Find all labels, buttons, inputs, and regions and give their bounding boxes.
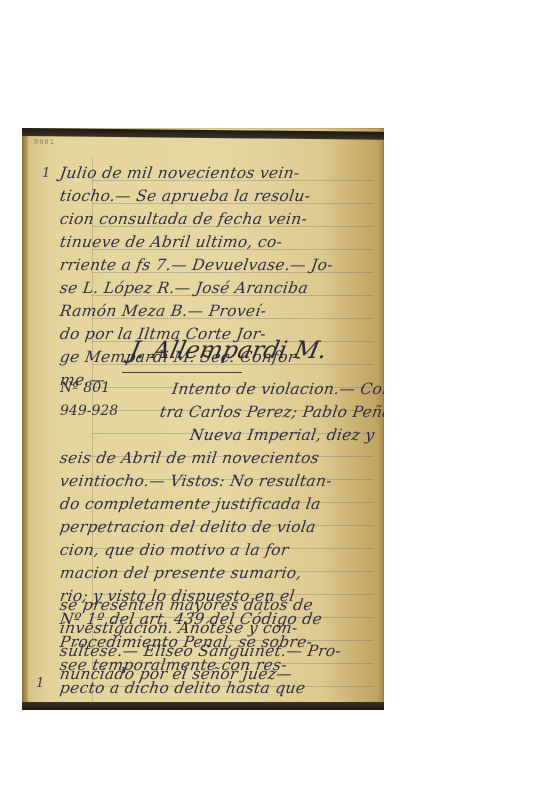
entry-2-case-ref: 949-928: [60, 403, 118, 419]
entry-2-line: investigacion. Anótese y con-: [59, 619, 299, 637]
entry-2-line: Nueva Imperial, diez y: [189, 426, 376, 444]
page-stamp: 0001: [34, 138, 55, 146]
entry-1-line: cion consultada de fecha vein-: [59, 210, 309, 228]
entry-2-line: cion, que dio motivo a la for: [59, 541, 290, 559]
entry-1-line: se L. López R.— José Aranciba: [59, 279, 309, 297]
entry-2-line: do completamente justificada la: [59, 495, 322, 513]
entry-2-heading-line: tra Carlos Perez; Pablo Peña: [159, 403, 384, 421]
signature: J. Allempardi M.: [127, 336, 330, 364]
entry-2-line: nunciado por el señor juez—: [59, 665, 294, 683]
entry-1-line: Julio de mil novecientos vein-: [59, 164, 301, 182]
page-top-shadow: [22, 128, 384, 140]
entry-2-line: se presenten mayores datos de: [59, 596, 314, 614]
entry-1-line: tiocho.— Se aprueba la resolu-: [59, 187, 312, 205]
entry-2-number: Nº 801: [60, 380, 110, 396]
entry-1-line: Ramón Meza B.— Proveí-: [59, 302, 268, 320]
line-marker-bottom: 1: [36, 676, 44, 691]
entry-2-line: súltese.— Eliseo Sanguinet.— Pro-: [59, 642, 343, 660]
line-marker-top: 1: [42, 166, 50, 181]
page-binding-edge: [22, 128, 28, 710]
entry-2-line: macion del presente sumario,: [59, 564, 303, 582]
entry-2-line: veintiocho.— Vistos: No resultan-: [59, 472, 333, 490]
entry-2-line: seis de Abril de mil novecientos: [59, 449, 321, 467]
entry-1-line: rriente a fs 7.— Devuelvase.— Jo-: [59, 256, 334, 274]
entry-1-line: tinueve de Abril ultimo, co-: [59, 233, 284, 251]
entry-2-heading-line: Intento de violacion.— Con-: [171, 380, 384, 398]
entry-2-line: perpetracion del delito de viola: [59, 518, 317, 536]
entry-2-body: Nueva Imperial, diez y seis de Abril de …: [60, 426, 380, 706]
signature-underline: [122, 372, 242, 373]
